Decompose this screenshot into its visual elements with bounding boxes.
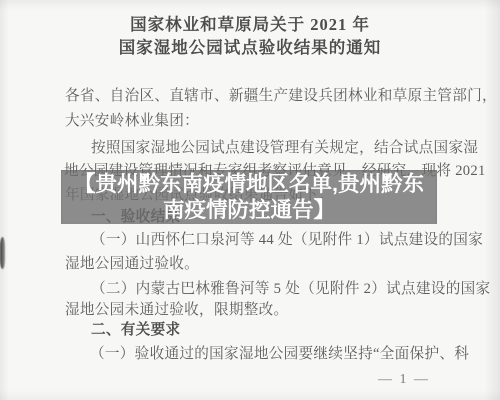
scan-edge-shadow-bottom	[0, 390, 500, 400]
document-line: （一）山西怀仁口泉河等 44 处（见附件 1）试点建设的国家	[91, 228, 483, 249]
scan-binding-mark	[0, 237, 5, 269]
document-line: 湿地公园未通过验收，限期整改。	[65, 298, 288, 319]
overlay-banner: 【贵州黔东南疫情地区名单,贵州黔东 南疫情防控通告】	[61, 170, 437, 224]
scan-edge-shadow-top	[0, 0, 500, 10]
document-line: （一）验收通过的国家湿地公园要继续坚持“全面保护、科	[90, 342, 469, 363]
document-line: 大兴安岭林业集团：	[65, 109, 199, 130]
overlay-banner-text-line2: 南疫情防控通告】	[61, 197, 437, 223]
document-line: （二）内蒙古巴林雅鲁河等 5 处（见附件 2）试点建设的国家	[91, 277, 490, 298]
scan-edge-shadow-left	[0, 0, 9, 400]
page-number: — 1 —	[378, 372, 430, 388]
document-line: 湿地公园通过验收。	[65, 252, 199, 273]
document-section-heading: 二、有关要求	[91, 318, 180, 339]
scanned-document-page: 国家林业和草原局关于 2021 年 国家湿地公园试点验收结果的通知 各省、自治区…	[0, 0, 500, 400]
document-title-line2: 国家湿地公园试点验收结果的通知	[30, 34, 470, 58]
document-line: 各省、自治区、直辖市、新疆生产建设兵团林业和草原主管部门，	[65, 84, 497, 105]
document-line: 按照国家湿地公园试点建设管理有关规定，结合试点国家湿	[91, 136, 478, 157]
document-title-line1: 国家林业和草原局关于 2021 年	[30, 11, 470, 35]
scan-edge-shadow-right	[484, 0, 500, 400]
overlay-banner-text-line1: 【贵州黔东南疫情地区名单,贵州黔东	[61, 171, 437, 197]
